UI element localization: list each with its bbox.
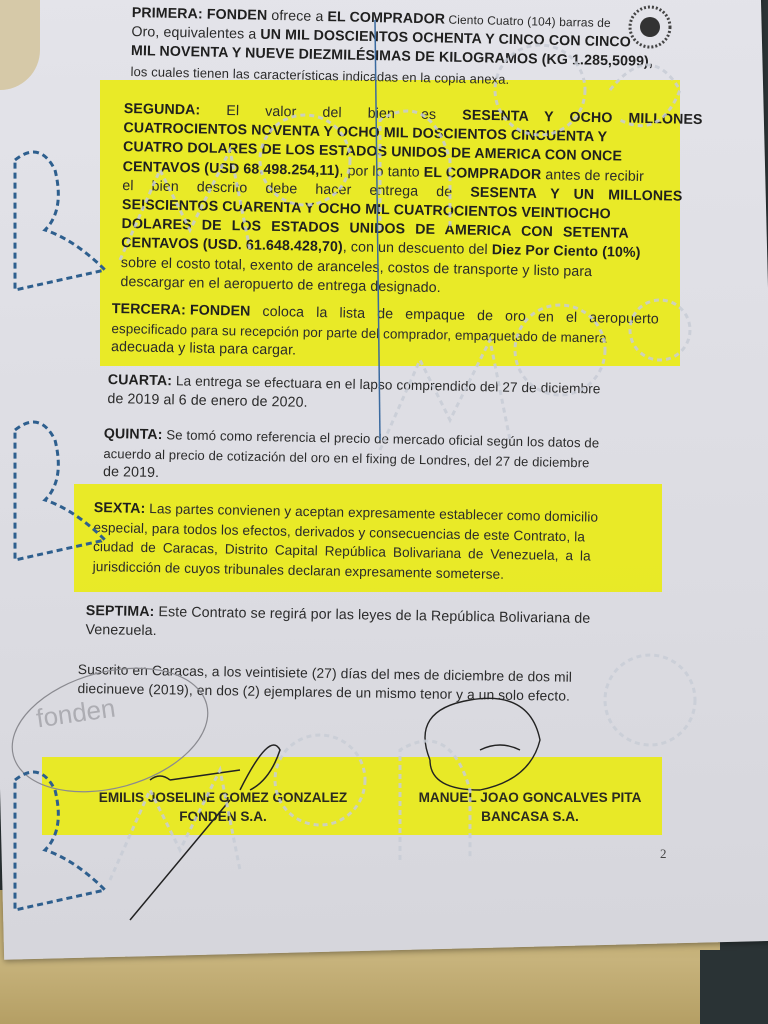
amount-usd-total: CENTAVOS (USD 68.498.254,11) xyxy=(123,159,340,179)
party-comprador: EL COMPRADOR xyxy=(424,164,542,182)
fonden-stamp: fonden xyxy=(34,693,117,735)
clause-cuarta: CUARTA: La entrega se efectuara en el la… xyxy=(107,370,668,420)
clause-sexta: SEXTA: Las partes convienen y aceptan ex… xyxy=(93,498,658,587)
party-fonden: FONDEN xyxy=(207,7,268,24)
amount-usd-discounted: CENTAVOS (USD. 61.648.428,70) xyxy=(121,235,343,255)
document-content: PRIMERA: FONDEN ofrece a EL COMPRADOR Ci… xyxy=(0,0,768,1024)
clause-label: TERCERA: xyxy=(112,301,186,318)
text: El valor del bien es xyxy=(200,102,462,123)
signatory-fonden: EMILIS JOSELINE GOMEZ GONZALEZ FONDEN S.… xyxy=(68,788,378,826)
clause-label: CUARTA: xyxy=(108,372,173,389)
clause-label: SEGUNDA: xyxy=(124,101,201,118)
text: Venezuela. xyxy=(85,622,156,639)
text: adecuada y lista para cargar. xyxy=(111,339,296,359)
bold-text: SESENTA Y UN MILLONES xyxy=(470,184,682,204)
party-fonden: FONDEN xyxy=(190,303,251,320)
clause-segunda: SEGUNDA: El valor del bien es SESENTA Y … xyxy=(120,100,664,302)
discount-percent: Diez Por Ciento (10%) xyxy=(492,243,641,262)
party-comprador: EL COMPRADOR xyxy=(327,9,445,27)
closing-statement: Suscrito en Caracas, a los veintisiete (… xyxy=(77,660,658,708)
text: de 2019. xyxy=(103,464,159,481)
signatory-company: BANCASA S.A. xyxy=(400,807,660,826)
signatory-bancasa: MANUEL JOAO GONCALVES PITA BANCASA S.A. xyxy=(400,788,660,826)
stamp-text: fonden xyxy=(34,693,117,734)
text: de 2019 al 6 de enero de 2020. xyxy=(107,391,307,411)
clause-tercera: TERCERA: FONDEN coloca la lista de empaq… xyxy=(111,300,664,368)
bold-text: SESENTA Y OCHO MILLONES xyxy=(462,107,703,128)
clause-label: SEPTIMA: xyxy=(86,603,155,620)
page-number: 2 xyxy=(660,846,667,862)
clause-quinta: QUINTA: Se tomó como referencia el preci… xyxy=(103,424,664,493)
clause-label: SEXTA: xyxy=(94,500,146,517)
text: antes de recibir xyxy=(541,167,644,185)
clause-septima: SEPTIMA: Este Contrato se regirá por las… xyxy=(85,602,656,649)
clause-label: PRIMERA: xyxy=(132,5,203,22)
text: , con un descuento del xyxy=(343,240,492,259)
text: , por lo tanto xyxy=(339,163,424,181)
signatory-name: MANUEL JOAO GONCALVES PITA xyxy=(400,788,660,807)
text: Oro, equivalentes a xyxy=(131,24,260,43)
text: ofrece a xyxy=(267,8,327,25)
signatory-company: FONDEN S.A. xyxy=(68,807,378,826)
text: Ciento Cuatro (104) barras de xyxy=(445,13,611,30)
signatory-name: EMILIS JOSELINE GOMEZ GONZALEZ xyxy=(68,788,378,807)
clause-label: QUINTA: xyxy=(104,426,163,443)
clause-primera: PRIMERA: FONDEN ofrece a EL COMPRADOR Ci… xyxy=(130,4,659,92)
